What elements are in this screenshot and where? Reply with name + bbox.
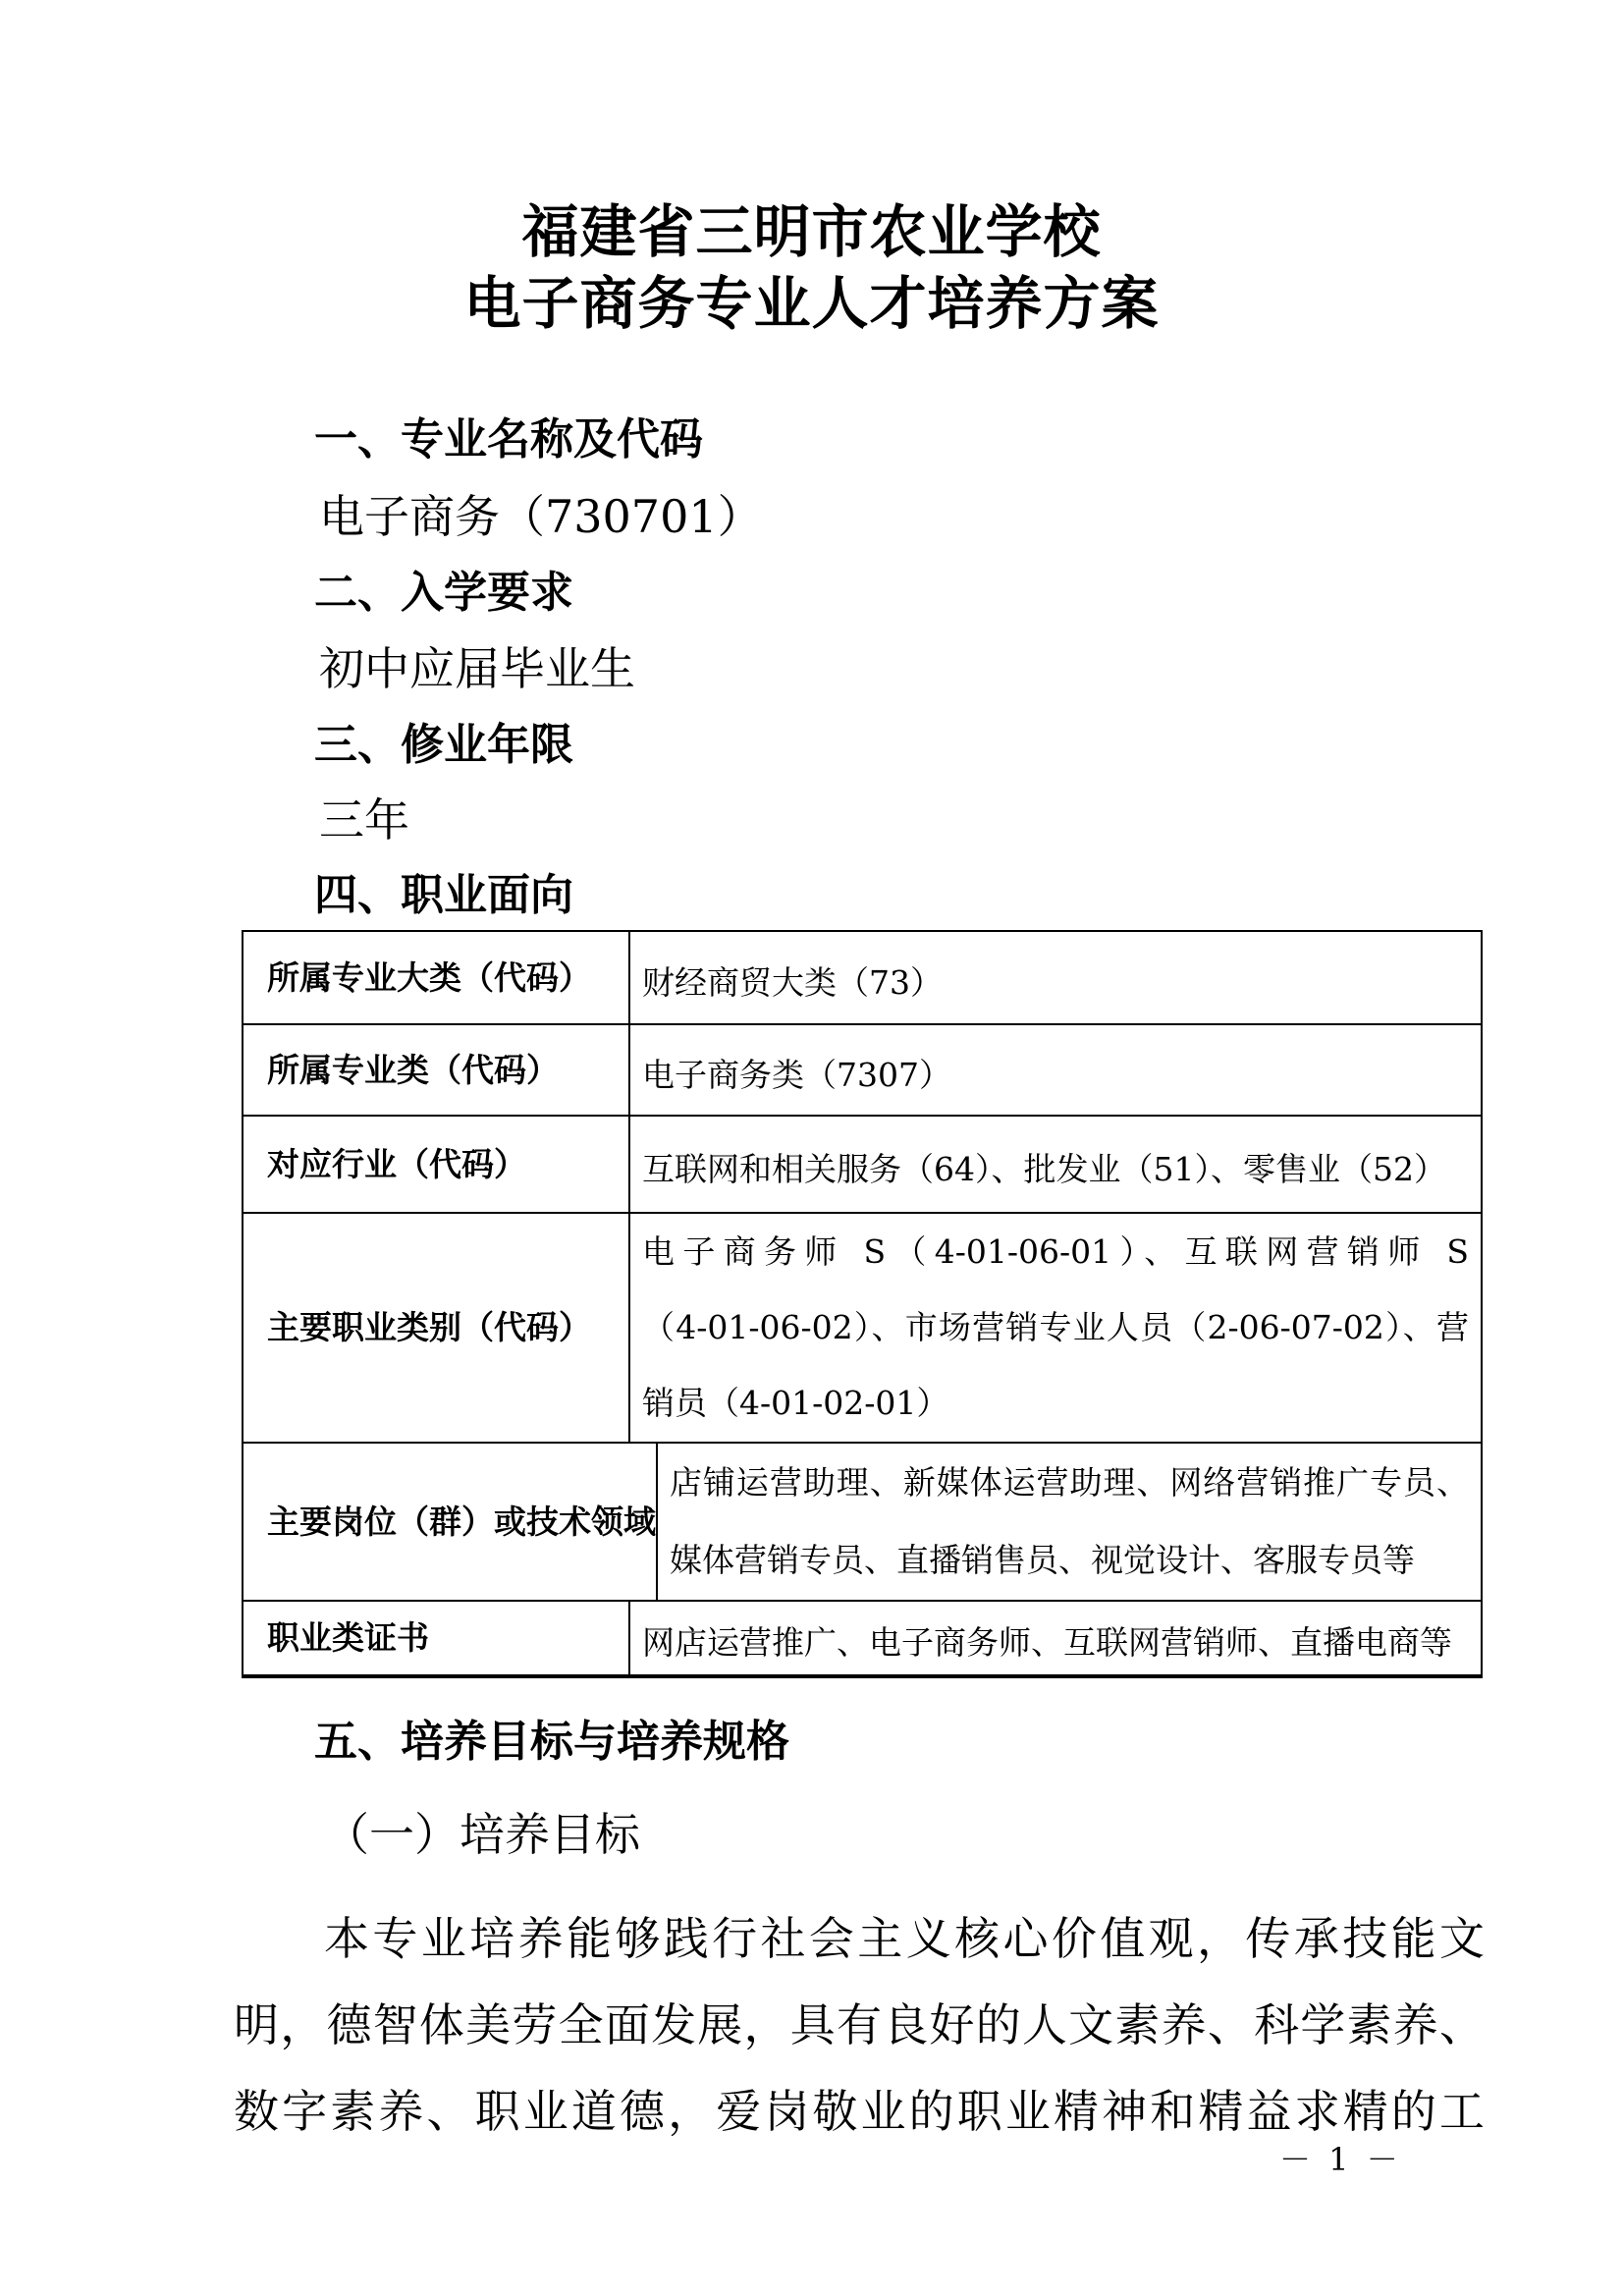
paragraph-line: 本专业培养能够践行社会主义核心价值观，传承技能文 xyxy=(234,1895,1485,1982)
section-5-heading: 五、培养目标与培养规格 xyxy=(314,1721,789,1764)
row-line: 互联网和相关服务（64）、批发业（51）、零售业（52） xyxy=(642,1131,1469,1208)
row-label: 所属专业类（代码） xyxy=(243,1025,628,1115)
table-row-category: 所属专业类（代码） 电子商务类（7307） xyxy=(243,1025,1481,1117)
row-content: 网店运营推广、电子商务师、互联网营销师、直播电商等 xyxy=(628,1602,1481,1674)
section-1-body: 电子商务（730701） xyxy=(319,494,763,539)
page-number: － 1 － xyxy=(1279,2144,1402,2175)
paragraph-line: 明，德智体美劳全面发展，具有良好的人文素养、科学素养、 xyxy=(234,1982,1485,2068)
table-row-certificates: 职业类证书 网店运营推广、电子商务师、互联网营销师、直播电商等 xyxy=(243,1602,1481,1674)
row-line: 媒体营销专员、直播销售员、视觉设计、客服专员等 xyxy=(670,1521,1469,1600)
section-1-heading: 一、专业名称及代码 xyxy=(314,418,703,462)
row-content: 电子商务师 S（4-01-06-01）、互联网营销师 S （4-01-06-02… xyxy=(628,1214,1481,1442)
row-label: 主要岗位（群）或技术领域 xyxy=(243,1444,656,1600)
row-label: 所属专业大类（代码） xyxy=(243,932,628,1023)
row-line: 店铺运营助理、新媒体运营助理、网络营销推广专员、新 xyxy=(670,1444,1469,1521)
row-line: 电子商务师 S（4-01-06-01）、互联网营销师 S xyxy=(642,1214,1469,1289)
row-content: 店铺运营助理、新媒体运营助理、网络营销推广专员、新 媒体营销专员、直播销售员、视… xyxy=(656,1444,1481,1600)
row-line: 网店运营推广、电子商务师、互联网营销师、直播电商等 xyxy=(642,1605,1469,1681)
row-content: 互联网和相关服务（64）、批发业（51）、零售业（52） xyxy=(628,1117,1481,1212)
row-label: 对应行业（代码） xyxy=(243,1117,628,1212)
document-title-line-2: 电子商务专业人才培养方案 xyxy=(0,275,1623,332)
document-page: 福建省三明市农业学校 电子商务专业人才培养方案 一、专业名称及代码 电子商务（7… xyxy=(0,0,1623,2296)
row-label: 职业类证书 xyxy=(243,1602,628,1674)
row-line: 电子商务类（7307） xyxy=(642,1037,1469,1114)
row-content: 财经商贸大类（73） xyxy=(628,932,1481,1023)
row-line: （4-01-06-02）、市场营销专业人员（2-06-07-02）、营 xyxy=(642,1289,1469,1365)
row-line: 销员（4-01-02-01） xyxy=(642,1365,1469,1442)
table-row-positions: 主要岗位（群）或技术领域 店铺运营助理、新媒体运营助理、网络营销推广专员、新 媒… xyxy=(243,1444,1481,1602)
section-2-body: 初中应届毕业生 xyxy=(319,646,635,691)
row-line: 财经商贸大类（73） xyxy=(642,945,1469,1021)
table-row-major-category: 所属专业大类（代码） 财经商贸大类（73） xyxy=(243,932,1481,1025)
table-row-occupation-class: 主要职业类别（代码） 电子商务师 S（4-01-06-01）、互联网营销师 S … xyxy=(243,1214,1481,1444)
occupation-table: 所属专业大类（代码） 财经商贸大类（73） 所属专业类（代码） 电子商务类（73… xyxy=(242,930,1483,1678)
row-label: 主要职业类别（代码） xyxy=(243,1214,628,1442)
training-objective-paragraph: 本专业培养能够践行社会主义核心价值观，传承技能文 明，德智体美劳全面发展，具有良… xyxy=(234,1895,1485,2155)
section-3-body: 三年 xyxy=(319,797,409,843)
row-content: 电子商务类（7307） xyxy=(628,1025,1481,1115)
table-row-industry: 对应行业（代码） 互联网和相关服务（64）、批发业（51）、零售业（52） xyxy=(243,1117,1481,1214)
section-4-heading: 四、职业面向 xyxy=(314,874,573,917)
section-5-subheading: （一）培养目标 xyxy=(324,1812,640,1857)
section-3-heading: 三、修业年限 xyxy=(314,724,573,767)
section-2-heading: 二、入学要求 xyxy=(314,572,573,615)
document-title-line-1: 福建省三明市农业学校 xyxy=(0,203,1623,260)
